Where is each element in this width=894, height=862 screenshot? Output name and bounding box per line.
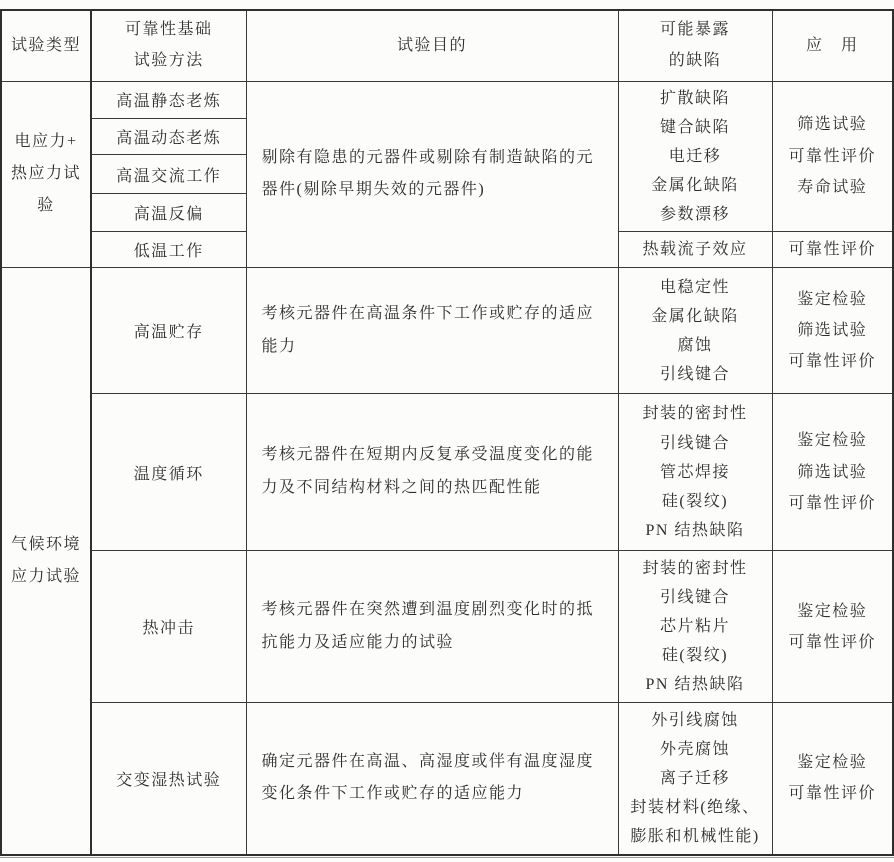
method-cell: 高温动态老炼: [91, 119, 246, 155]
cell-line: 可靠性评价: [777, 346, 889, 377]
cell-line: 扩散缺陷: [623, 84, 768, 113]
bottom-double-rule: [0, 857, 894, 858]
table-row: 电应力+ 热应力试验 高温静态老炼 剔除有隐患的元器件或剔除有制造缺陷的元器件(…: [1, 81, 893, 119]
cell-line: 鉴定检验: [777, 747, 889, 778]
method-cell: 低温工作: [91, 232, 246, 268]
cell-line: 键合缺陷: [623, 113, 768, 142]
table-row: 热冲击 考核元器件在突然遭到温度剧烈变化时的抵抗能力及适应能力的试验 封装的密封…: [1, 551, 893, 703]
cell-line: 可靠性评价: [777, 778, 889, 809]
method-cell: 高温贮存: [91, 268, 246, 394]
purpose-cell: 考核元器件在高温条件下工作或贮存的适应能力: [246, 268, 618, 394]
method-cell: 高温交流工作: [91, 155, 246, 194]
header-method: 可靠性基础 试验方法: [91, 10, 246, 81]
cell-line: 硅(裂纹): [623, 487, 768, 516]
type-line: 应力试验: [6, 561, 86, 593]
cell-line: 引线键合: [623, 360, 768, 389]
cell-line: PN 结热缺陷: [623, 670, 768, 699]
cell-line: 金属化缺陷: [623, 171, 768, 200]
header-method-line1: 可靠性基础: [96, 15, 242, 45]
cell-line: 封装材料(绝缘、: [623, 793, 768, 822]
cell-line: PN 结热缺陷: [623, 516, 768, 545]
reliability-test-table: 试验类型 可靠性基础 试验方法 试验目的 可能暴露 的缺陷 应 用 电应力+ 热…: [0, 9, 894, 856]
cell-line: 可靠性评价: [777, 627, 889, 658]
header-defects-line1: 可能暴露: [623, 15, 768, 45]
method-cell: 高温反偏: [91, 194, 246, 232]
cell-line: 寿命试验: [777, 172, 889, 203]
cell-line: 可靠性评价: [777, 488, 889, 519]
purpose-cell: 确定元器件在高温、高湿度或伴有温度湿度变化条件下工作或贮存的适应能力: [246, 703, 618, 855]
cell-line: 芯片粘片: [623, 612, 768, 641]
cell-line: 管芯焊接: [623, 458, 768, 487]
applications-cell: 筛选试验可靠性评价寿命试验: [772, 81, 893, 232]
type-line: 电应力+: [6, 126, 86, 158]
cell-line: 筛选试验: [777, 315, 889, 346]
type-line: 热应力试验: [6, 158, 86, 222]
table-row: 温度循环 考核元器件在短期内反复承受温度变化的能力及不同结构材料之间的热匹配性能…: [1, 394, 893, 551]
header-method-line2: 试验方法: [96, 46, 242, 76]
cell-line: 电迁移: [623, 142, 768, 171]
cell-line: 筛选试验: [777, 109, 889, 140]
cell-line: 参数漂移: [623, 200, 768, 229]
cell-line: 腐蚀: [623, 331, 768, 360]
applications-cell: 鉴定检验可靠性评价: [772, 703, 893, 855]
cell-line: 封装的密封性: [623, 399, 768, 428]
cell-line: 金属化缺陷: [623, 302, 768, 331]
header-defects: 可能暴露 的缺陷: [618, 10, 772, 81]
cell-line: 引线键合: [623, 429, 768, 458]
defects-cell: 扩散缺陷键合缺陷电迁移金属化缺陷参数漂移: [618, 81, 772, 232]
header-defects-line2: 的缺陷: [623, 46, 768, 76]
cell-line: 鉴定检验: [777, 596, 889, 627]
method-cell: 温度循环: [91, 394, 246, 551]
cell-line: 引线键合: [623, 583, 768, 612]
purpose-cell: 考核元器件在突然遭到温度剧烈变化时的抵抗能力及适应能力的试验: [246, 551, 618, 703]
defects-cell: 热载流子效应: [618, 232, 772, 268]
header-purpose: 试验目的: [246, 10, 618, 81]
section-type-climate: 气候环境 应力试验: [1, 268, 91, 855]
method-cell: 高温静态老炼: [91, 81, 246, 119]
scanned-table-page: 试验类型 可靠性基础 试验方法 试验目的 可能暴露 的缺陷 应 用 电应力+ 热…: [0, 0, 894, 862]
section-type-electrical-thermal: 电应力+ 热应力试验: [1, 81, 91, 268]
defects-cell: 封装的密封性引线键合管芯焊接硅(裂纹)PN 结热缺陷: [618, 394, 772, 551]
cell-line: 硅(裂纹): [623, 641, 768, 670]
table-row: 交变湿热试验 确定元器件在高温、高湿度或伴有温度湿度变化条件下工作或贮存的适应能…: [1, 703, 893, 855]
applications-cell: 鉴定检验筛选试验可靠性评价: [772, 394, 893, 551]
defects-cell: 电稳定性金属化缺陷腐蚀引线键合: [618, 268, 772, 394]
purpose-cell: 剔除有隐患的元器件或剔除有制造缺陷的元器件(剔除早期失效的元器件): [246, 81, 618, 268]
defects-cell: 封装的密封性引线键合芯片粘片硅(裂纹)PN 结热缺陷: [618, 551, 772, 703]
header-row: 试验类型 可靠性基础 试验方法 试验目的 可能暴露 的缺陷 应 用: [1, 10, 893, 81]
header-application: 应 用: [772, 10, 893, 81]
purpose-cell: 考核元器件在短期内反复承受温度变化的能力及不同结构材料之间的热匹配性能: [246, 394, 618, 551]
cell-line: 鉴定检验: [777, 284, 889, 315]
applications-cell: 可靠性评价: [772, 232, 893, 268]
cell-line: 电稳定性: [623, 273, 768, 302]
method-cell: 热冲击: [91, 551, 246, 703]
header-test-type: 试验类型: [1, 10, 91, 81]
defects-cell: 外引线腐蚀外壳腐蚀离子迁移封装材料(绝缘、膨胀和机械性能): [618, 703, 772, 855]
cell-line: 封装的密封性: [623, 554, 768, 583]
cell-line: 膨胀和机械性能): [623, 822, 768, 851]
cell-line: 外引线腐蚀: [623, 706, 768, 735]
cell-line: 离子迁移: [623, 764, 768, 793]
cell-line: 可靠性评价: [777, 141, 889, 172]
applications-cell: 鉴定检验筛选试验可靠性评价: [772, 268, 893, 394]
applications-cell: 鉴定检验可靠性评价: [772, 551, 893, 703]
cell-line: 鉴定检验: [777, 425, 889, 456]
cell-line: 外壳腐蚀: [623, 735, 768, 764]
cell-line: 筛选试验: [777, 457, 889, 488]
method-cell: 交变湿热试验: [91, 703, 246, 855]
type-line: 气候环境: [6, 529, 86, 561]
table-row: 气候环境 应力试验 高温贮存 考核元器件在高温条件下工作或贮存的适应能力 电稳定…: [1, 268, 893, 394]
